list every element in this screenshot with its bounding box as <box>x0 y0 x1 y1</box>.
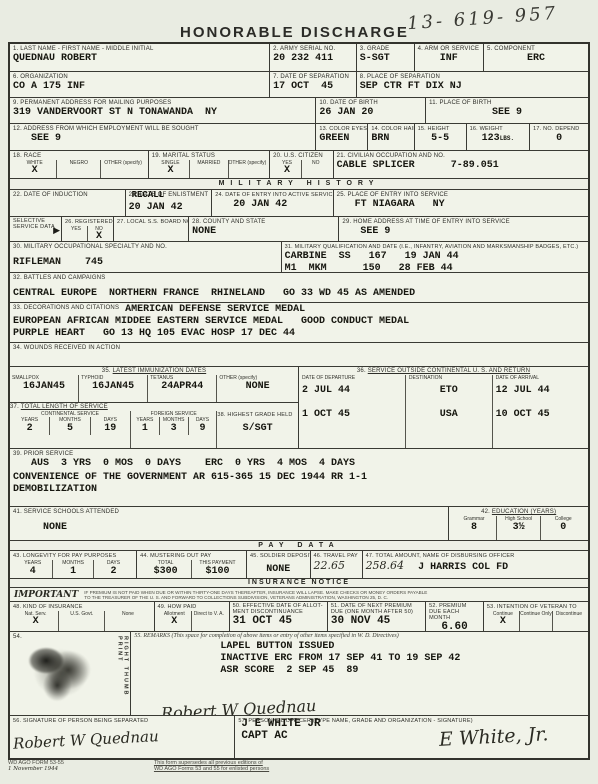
field-thumb-print-number: 54. <box>13 633 127 641</box>
field-race: 18. RACE WHITEX NEGRO OTHER (specify) <box>10 151 149 178</box>
field-longevity-label: 43. LONGEVITY FOR PAY PURPOSES <box>13 552 133 560</box>
arrival-row1: 12 JUL 44 <box>496 385 585 397</box>
field-date-entry-active-service: 24. DATE OF ENTRY INTO ACTIVE SERVICE 20… <box>212 190 333 216</box>
how-paid-allotment-checkmark: X <box>171 617 177 627</box>
field-wounds-label: 34. WOUNDS RECEIVED IN ACTION <box>13 344 585 352</box>
field-last-name: 1. LAST NAME - FIRST NAME - MIDDLE INITI… <box>10 44 270 71</box>
field-battles-and-campaigns: 32. BATTLES AND CAMPAIGNS CENTRAL EUROPE… <box>10 273 588 302</box>
insurance-nat-serv-checkmark: X <box>33 617 39 627</box>
arrival-row2: 10 OCT 45 <box>496 409 585 421</box>
service-destination-col: DESTINATION ETO USA <box>406 375 493 448</box>
field-wounds-received: 34. WOUNDS RECEIVED IN ACTION <box>10 343 588 366</box>
field-premium-due-value: 6.60 <box>429 621 480 631</box>
remarks-signature: Robert W Quednau <box>161 696 317 715</box>
mustering-total: TOTAL$300 <box>140 560 192 578</box>
document-header: HONORABLE DISCHARGE 13- 619- 957 <box>0 6 598 42</box>
field-kind-of-insurance-label: 48. KIND OF INSURANCE <box>13 603 151 611</box>
field-weight-label: 16. WEIGHT <box>470 125 527 133</box>
field-registered-label: 26. REGISTERED <box>65 218 110 226</box>
field-employment-address: 12. ADDRESS FROM WHICH EMPLOYMENT WILL B… <box>10 124 316 150</box>
form-date: 1 November 1944 <box>8 766 64 772</box>
field-weight-unit: LBS. <box>500 135 514 142</box>
intention-option-discontinue: Discontinue <box>553 611 585 631</box>
field-civilian-occupation: 21. CIVILIAN OCCUPATION AND NO. CABLE SP… <box>334 151 588 178</box>
field-service-outside-continental: 36. SERVICE OUTSIDE CONTINENTAL U. S. AN… <box>299 367 588 448</box>
insurance-notice-text: IF PREMIUM IS NOT PAID WHEN DUE OR WITHI… <box>84 590 427 600</box>
field-remarks: 55. REMARKS (This space for completion o… <box>131 632 588 715</box>
field-how-paid-label: 49. HOW PAID <box>158 603 226 611</box>
field-total-amount-disbursing-officer: 47. TOTAL AMOUNT, NAME OF DISBURSING OFF… <box>363 551 588 578</box>
field-mos-value: RIFLEMAN 745 <box>13 257 278 269</box>
citizen-option-yes: YESX <box>273 160 302 178</box>
citizen-option-no: NO <box>302 160 330 178</box>
education-grammar: Grammar8 <box>452 516 497 540</box>
field-kind-of-insurance: 48. KIND OF INSURANCE Nat. Serv.X U.S. G… <box>10 602 155 631</box>
insurance-option-nat-serv: Nat. Serv.X <box>13 611 59 631</box>
remarks-line1: LAPEL BUTTON ISSUED <box>134 641 585 653</box>
separatee-signature: Robert W Quednau <box>13 723 232 752</box>
field-premium-due-label: 52. PREMIUM DUE EACH MONTH <box>429 603 480 621</box>
field-highest-grade-held: 38. HIGHEST GRADE HELD S/SGT <box>217 411 298 448</box>
field-travel-pay: 46. TRAVEL PAY 22.65 <box>311 551 363 578</box>
field-signature-of-separatee: 56. SIGNATURE OF PERSON BEING SEPARATED … <box>10 716 235 758</box>
field-longevity-for-pay: 43. LONGEVITY FOR PAY PURPOSES YEARS4 MO… <box>10 551 137 578</box>
field-right-thumb-print: 54. RIGHT THUMB PRINT <box>10 632 131 715</box>
field-grade-value: S-SGT <box>360 53 411 65</box>
service-arrival-col: DATE OF ARRIVAL 12 JUL 44 10 OCT 45 <box>493 375 588 448</box>
field-military-qualification-label: 31. MILITARY QUALIFICATION AND DATE (i.e… <box>285 243 585 251</box>
field-us-citizen-label: 20. U.S. CITIZEN <box>273 152 330 160</box>
race-option-other: OTHER (specify) <box>101 160 144 178</box>
thumbprint-image <box>24 642 98 704</box>
field-decorations-line2: EUROPEAN AFRICAN MIDDEE EASTERN SERVICE … <box>13 316 585 328</box>
field-employment-address-label: 12. ADDRESS FROM WHICH EMPLOYMENT WILL B… <box>13 125 312 133</box>
field-military-qualification-line1: CARBINE SS 167 19 JAN 44 <box>285 251 585 263</box>
field-soldier-deposits: 45. SOLDIER DEPOSITS NONE <box>247 551 311 578</box>
field-army-serial-no: 2. ARMY SERIAL NO. 20 232 411 <box>270 44 357 71</box>
field-military-qualification-line2: M1 MKM 150 28 FEB 44 <box>285 263 585 272</box>
insurance-option-us-govt: U.S. Govt. <box>59 611 105 631</box>
tls-foreign: FOREIGN SERVICE YEARS1 MONTHS3 DAYS9 <box>131 411 217 448</box>
field-decorations-and-citations: 33. DECORATIONS AND CITATIONS AMERICAN D… <box>10 303 588 342</box>
field-date-of-birth-label: 10. DATE OF BIRTH <box>319 99 422 107</box>
field-organization-label: 6. ORGANIZATION <box>13 73 266 81</box>
field-component: 5. COMPONENT ERC <box>484 44 588 71</box>
field-color-hair-label: 14. COLOR HAIR <box>371 125 410 133</box>
field-color-hair: 14. COLOR HAIR BRN <box>368 124 414 150</box>
intention-option-continue: ContinueX <box>487 611 520 631</box>
section-pay-data: PAY DATA <box>10 541 588 551</box>
field-weight: 16. WEIGHT 123LBS. <box>467 124 531 150</box>
field-last-name-value: QUEDNAU ROBERT <box>13 53 266 65</box>
immunization-other: OTHER (specify)NONE <box>217 375 298 402</box>
field-date-of-enlistment-value: 20 JAN 42 <box>129 202 209 214</box>
field-employment-address-value: SEE 9 <box>13 133 312 145</box>
field-marital-status-label: 19. MARITAL STATUS <box>152 152 266 160</box>
field-component-value: ERC <box>487 53 585 65</box>
document-title: HONORABLE DISCHARGE <box>180 24 409 41</box>
intention-continue-checkmark: X <box>500 617 506 627</box>
foreign-months: MONTHS3 <box>160 417 189 435</box>
field-county-and-state: 28. COUNTY AND STATE NONE <box>189 217 339 241</box>
form-number-block: WD AGO FORM 53-55 1 November 1944 <box>8 760 64 772</box>
selective-service-data-label-cell: SELECTIVE SERVICE DATA ▶ <box>10 217 62 241</box>
form-supersede-note: This form supersedes all previous editio… <box>154 760 269 772</box>
insurance-important-notice: IMPORTANT IF PREMIUM IS NOT PAID WHEN DU… <box>10 588 588 601</box>
field-home-address-at-entry: 29. HOME ADDRESS AT TIME OF ENTRY INTO S… <box>339 217 588 241</box>
field-soldier-deposits-label: 45. SOLDIER DEPOSITS <box>250 552 307 560</box>
recall-overprint: RECALL <box>132 190 164 200</box>
field-disbursing-officer-name: J HARRIS COL FD <box>418 562 508 574</box>
field-allotment-discontinuance-date: 50. Effective Date of Allot- ment Discon… <box>230 602 328 631</box>
personnel-officer-typed-grade: CAPT AC <box>241 730 320 742</box>
field-marital-status: 19. MARITAL STATUS SINGLEX MARRIED OTHER… <box>149 151 270 178</box>
field-reason-for-separation-line2: DEMOBILIZATION <box>13 484 585 496</box>
right-thumb-print-vertical-label: RIGHT THUMB PRINT <box>116 636 128 715</box>
field-mustering-out-label: 44. MUSTERING OUT PAY <box>140 552 243 560</box>
field-reason-for-separation-line1: CONVENIENCE OF THE GOVERNMENT AR 615-365… <box>13 472 585 484</box>
field-highest-grade-value: S/SGT <box>217 423 298 435</box>
registered-no-checkmark: X <box>96 232 102 241</box>
remarks-line3: ASR SCORE 2 SEP 45 89 <box>134 665 585 677</box>
registered-option-no: NOX <box>88 226 110 241</box>
race-white-checkmark: X <box>32 166 38 176</box>
field-prior-service-label: 39. PRIOR SERVICE <box>13 450 585 458</box>
field-mustering-out-pay: 44. MUSTERING OUT PAY TOTAL$300 THIS PAY… <box>137 551 247 578</box>
departure-row1: 2 JUL 44 <box>302 385 402 397</box>
citizen-yes-checkmark: X <box>284 166 290 176</box>
field-no-depend-label: 17. NO. DEPEND <box>533 125 585 133</box>
discharge-document-page: HONORABLE DISCHARGE 13- 619- 957 1. LAST… <box>0 0 598 784</box>
race-option-negro: NEGRO <box>57 160 101 178</box>
field-next-premium-due-date: 51. Date of Next Premium Due (One month … <box>328 602 426 631</box>
field-intention-label: 53. INTENTION OF VETERAN TO <box>487 603 585 611</box>
field-battles-label: 32. BATTLES AND CAMPAIGNS <box>13 274 585 282</box>
important-word: IMPORTANT <box>14 590 78 600</box>
remarks-line2: INACTIVE ERC FROM 17 SEP 41 TO 19 SEP 42 <box>134 653 585 665</box>
field-education-title: 42. EDUCATION (Years) <box>452 508 585 516</box>
how-paid-option-allotment: AllotmentX <box>158 611 193 631</box>
field-date-of-birth: 10. DATE OF BIRTH 26 JAN 20 <box>316 98 426 123</box>
education-highschool: High School3½ <box>497 516 542 540</box>
longevity-months: MONTHS1 <box>53 560 93 578</box>
field-soldier-deposits-value: NONE <box>250 564 307 576</box>
section-military-history: MILITARY HISTORY <box>10 179 588 190</box>
field-place-of-entry: 25. PLACE OF ENTRY INTO SERVICE FT NIAGA… <box>334 190 588 216</box>
selective-service-data-label: SELECTIVE SERVICE DATA <box>13 218 58 230</box>
field-premium-due-each-month: 52. PREMIUM DUE EACH MONTH 6.60 <box>426 602 484 631</box>
field-next-premium-value: 30 NOV 45 <box>331 615 422 627</box>
personnel-officer-typed-name: J E WHITE JR <box>241 718 320 730</box>
field-height-value: 5-5 <box>418 133 463 145</box>
field-height-label: 15. HEIGHT <box>418 125 463 133</box>
field-arm-or-service-value: INF <box>418 53 480 65</box>
field-component-label: 5. COMPONENT <box>487 45 585 53</box>
field-travel-pay-value: 22.65 <box>314 560 359 572</box>
education-college: College0 <box>541 516 585 540</box>
field-military-occupational-specialty: 30. MILITARY OCCUPATIONAL SPECIALTY AND … <box>10 242 282 272</box>
field-place-of-birth: 11. PLACE OF BIRTH SEE 9 <box>426 98 588 123</box>
immunization-tetanus: TETANUS24APR44 <box>148 375 217 402</box>
field-local-board-no-label: 27. LOCAL S.S. BOARD NO. <box>117 218 185 226</box>
field-date-entry-active-service-label: 24. DATE OF ENTRY INTO ACTIVE SERVICE <box>215 191 329 199</box>
field-place-of-separation: 8. PLACE OF SEPARATION SEP CTR FT DIX NJ <box>357 72 588 97</box>
marital-option-married: MARRIED <box>190 160 228 178</box>
field-prior-service-and-reason: 39. PRIOR SERVICE AUS 3 YRS 0 MOS 0 DAYS… <box>10 449 588 506</box>
handwritten-serial-number: 13- 619- 957 <box>406 3 558 34</box>
continental-days: DAYS19 <box>91 417 130 435</box>
field-total-amount-value: 258.64 <box>366 560 405 572</box>
field-place-of-birth-label: 11. PLACE OF BIRTH <box>429 99 585 107</box>
field-us-citizen: 20. U.S. CITIZEN YESX NO <box>270 151 334 178</box>
field-next-premium-label: 51. Date of Next Premium Due (One month … <box>331 603 422 615</box>
field-decorations-line3: PURPLE HEART GO 13 HQ 105 EVAC HOSP 17 D… <box>13 328 585 340</box>
discharge-form: 1. LAST NAME - FIRST NAME - MIDDLE INITI… <box>8 42 590 760</box>
field-place-of-entry-value: FT NIAGARA NY <box>337 199 585 211</box>
intention-option-continue-only: Continue Only <box>520 611 553 631</box>
immunization-smallpox: SMALLPOX16JAN45 <box>10 375 79 402</box>
section-insurance-notice: INSURANCE NOTICE <box>10 579 588 588</box>
personnel-officer-signature: E White, Jr. <box>438 723 548 751</box>
field-county-and-state-value: NONE <box>192 226 335 238</box>
field-highest-grade-label: 38. HIGHEST GRADE HELD <box>217 411 298 419</box>
field-arm-or-service-label: 4. ARM OR SERVICE <box>418 45 480 53</box>
field-permanent-address-label: 9. PERMANENT ADDRESS FOR MAILING PURPOSE… <box>13 99 312 107</box>
field-intention-of-veteran: 53. INTENTION OF VETERAN TO ContinueX Co… <box>484 602 588 631</box>
immunization-typhoid: TYPHOID16JAN45 <box>79 375 148 402</box>
field-arm-or-service: 4. ARM OR SERVICE INF <box>415 44 484 71</box>
field-date-of-separation: 7. DATE OF SEPARATION 17 OCT 45 <box>270 72 357 97</box>
field-grade: 3. GRADE S-SGT <box>357 44 415 71</box>
field-service-schools: 41. SERVICE SCHOOLS ATTENDED NONE <box>10 507 449 540</box>
field-personnel-officer: 57. PERSONNEL OFFICER (Type name, grade … <box>235 716 588 758</box>
registered-option-yes: YES <box>65 226 88 241</box>
field-color-eyes-value: GREEN <box>319 133 364 145</box>
field-allotment-date-label: 50. Effective Date of Allot- ment Discon… <box>233 603 324 615</box>
field-civilian-occupation-label: 21. CIVILIAN OCCUPATION AND NO. <box>337 152 585 160</box>
marital-single-checkmark: X <box>167 166 173 176</box>
field-immunization-dates: 35. LATEST IMMUNIZATION DATES SMALLPOX16… <box>10 367 298 403</box>
field-organization: 6. ORGANIZATION CO A 175 INF <box>10 72 270 97</box>
field-date-of-induction: 22. DATE OF INDUCTION <box>10 190 126 216</box>
field-last-name-label: 1. LAST NAME - FIRST NAME - MIDDLE INITI… <box>13 45 266 53</box>
marital-option-single: SINGLEX <box>152 160 190 178</box>
field-total-length-of-service: 37. TOTAL LENGTH OF SERVICE CONTINENTAL … <box>10 403 298 448</box>
field-military-qualification: 31. MILITARY QUALIFICATION AND DATE (i.e… <box>282 242 588 272</box>
destination-row1: ETO <box>409 385 489 397</box>
race-option-white: WHITEX <box>13 160 57 178</box>
field-decorations-line1: AMERICAN DEFENSE SERVICE MEDAL <box>125 304 305 316</box>
field-mos-label: 30. MILITARY OCCUPATIONAL SPECIALTY AND … <box>13 243 278 251</box>
field-grade-label: 3. GRADE <box>360 45 411 53</box>
field-organization-value: CO A 175 INF <box>13 81 266 93</box>
field-permanent-address: 9. PERMANENT ADDRESS FOR MAILING PURPOSE… <box>10 98 316 123</box>
field-no-depend: 17. NO. DEPEND 0 <box>530 124 588 150</box>
insurance-option-none: None <box>105 611 150 631</box>
field-registered: 26. REGISTERED YES NOX <box>62 217 114 241</box>
tls-continental: CONTINENTAL SERVICE YEARS2 MONTHS5 DAYS1… <box>10 411 131 448</box>
continental-months: MONTHS5 <box>50 417 90 435</box>
immunization-and-service-length-block: 35. LATEST IMMUNIZATION DATES SMALLPOX16… <box>10 367 299 448</box>
field-prior-service-value: AUS 3 YRS 0 MOS 0 DAYS ERC 0 YRS 4 MOS 4… <box>13 458 585 470</box>
field-place-of-birth-value: SEE 9 <box>429 107 585 119</box>
mustering-this-payment: THIS PAYMENT$100 <box>192 560 243 578</box>
field-service-schools-label: 41. SERVICE SCHOOLS ATTENDED <box>13 508 445 516</box>
field-remarks-label: 55. REMARKS (This space for completion o… <box>134 633 585 639</box>
marital-option-other: OTHER (specify) <box>229 160 266 178</box>
field-county-and-state-label: 28. COUNTY AND STATE <box>192 218 335 226</box>
field-place-of-entry-label: 25. PLACE OF ENTRY INTO SERVICE <box>337 191 585 199</box>
field-battles-value: CENTRAL EUROPE NORTHERN FRANCE RHINELAND… <box>13 288 585 300</box>
field-allotment-date-value: 31 OCT 45 <box>233 615 324 627</box>
field-separatee-signature-label: 56. SIGNATURE OF PERSON BEING SEPARATED <box>13 717 231 725</box>
destination-row2: USA <box>409 409 489 421</box>
field-color-eyes: 13. COLOR EYES GREEN <box>316 124 368 150</box>
field-how-paid: 49. HOW PAID AllotmentX Direct to V. A. <box>155 602 230 631</box>
field-date-of-induction-label: 22. DATE OF INDUCTION <box>13 191 122 199</box>
field-immunization-title: 35. LATEST IMMUNIZATION DATES <box>10 367 298 375</box>
field-home-address-at-entry-value: SEE 9 <box>342 226 585 238</box>
field-education: 42. EDUCATION (Years) Grammar8 High Scho… <box>449 507 588 540</box>
field-local-board-no: 27. LOCAL S.S. BOARD NO. <box>114 217 189 241</box>
field-date-entry-active-service-value: 20 JAN 42 <box>215 199 329 211</box>
field-tls-title: 37. TOTAL LENGTH OF SERVICE <box>10 403 298 411</box>
form-footer: WD AGO FORM 53-55 1 November 1944 This f… <box>8 760 590 772</box>
field-service-outside-title: 36. SERVICE OUTSIDE CONTINENTAL U. S. AN… <box>299 367 588 375</box>
longevity-years: YEARS4 <box>13 560 53 578</box>
longevity-days: DAYS2 <box>94 560 133 578</box>
foreign-years: YEARS1 <box>131 417 160 435</box>
field-weight-value: 123LBS. <box>470 133 527 145</box>
field-army-serial-no-value: 20 232 411 <box>273 53 353 65</box>
field-place-of-separation-value: SEP CTR FT DIX NJ <box>360 81 585 93</box>
foreign-days: DAYS9 <box>189 417 217 435</box>
field-no-depend-value: 0 <box>533 133 585 145</box>
field-date-of-enlistment: 23. DATE OF ENLISTMENT RECALL 20 JAN 42 <box>126 190 213 216</box>
field-race-label: 18. RACE <box>13 152 145 160</box>
field-decorations-label: 33. DECORATIONS AND CITATIONS <box>13 304 119 316</box>
field-place-of-separation-label: 8. PLACE OF SEPARATION <box>360 73 585 81</box>
field-permanent-address-value: 319 VANDERVOORT ST N TONAWANDA NY <box>13 107 312 119</box>
field-date-of-separation-label: 7. DATE OF SEPARATION <box>273 73 353 81</box>
field-date-of-separation-value: 17 OCT 45 <box>273 81 353 93</box>
field-service-schools-value: NONE <box>13 522 445 534</box>
field-height: 15. HEIGHT 5-5 <box>415 124 467 150</box>
continental-years: YEARS2 <box>10 417 50 435</box>
field-color-hair-value: BRN <box>371 133 410 145</box>
field-home-address-at-entry-label: 29. HOME ADDRESS AT TIME OF ENTRY INTO S… <box>342 218 585 226</box>
field-color-eyes-label: 13. COLOR EYES <box>319 125 364 133</box>
how-paid-option-direct: Direct to V. A. <box>192 611 226 631</box>
field-date-of-birth-value: 26 JAN 20 <box>319 107 422 119</box>
departure-row2: 1 OCT 45 <box>302 409 402 421</box>
field-army-serial-no-label: 2. ARMY SERIAL NO. <box>273 45 353 53</box>
field-civilian-occupation-value: CABLE SPLICER 7-89.051 <box>337 160 585 172</box>
arrow-right-icon: ▶ <box>53 225 60 236</box>
service-departure-col: DATE OF DEPARTURE 2 JUL 44 1 OCT 45 <box>299 375 406 448</box>
